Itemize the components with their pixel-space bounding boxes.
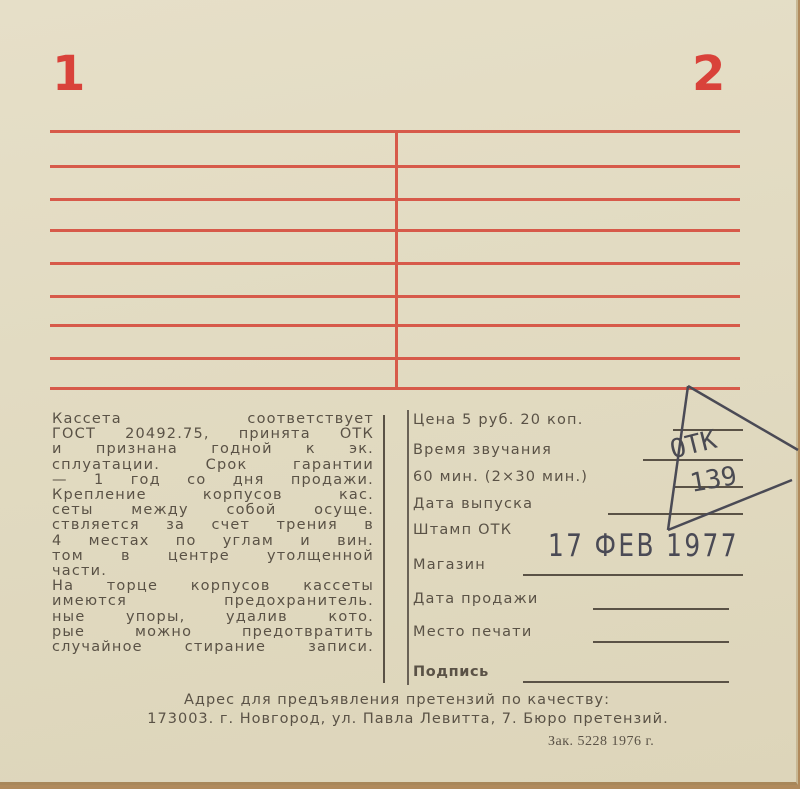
footer-address-line2: 173003. г. Новгород, ул. Павла Левитта, … — [8, 711, 800, 727]
store-label: Магазин — [413, 557, 486, 573]
description-line: Крепление корпусов кас. — [52, 488, 374, 503]
column-divider — [383, 415, 385, 683]
grid-center-divider — [395, 131, 398, 388]
play-time-value: 60 мин. (2⨯30 мин.) — [413, 469, 588, 485]
description-line: сплуатации. Срок гарантии — [52, 458, 374, 473]
description-line: сеты между собой осуще. — [52, 503, 374, 518]
stamp-place-field: Место печати — [413, 624, 532, 640]
sale-date-blank — [593, 608, 729, 610]
price-label: Цена 5 руб. 20 коп. — [413, 412, 584, 428]
description-line: — 1 год со дня продажи. — [52, 473, 374, 488]
footer-address-line1: Адрес для предъявления претензий по каче… — [0, 692, 797, 708]
play-time-field: Время звучания — [413, 442, 552, 458]
description-line: случайное стирание записи. — [52, 640, 374, 655]
description-line: На торце корпусов кассеты — [52, 579, 374, 594]
play-time-value-text: 60 мин. (2⨯30 мин.) — [413, 469, 588, 485]
description-text: Кассета соответствует ГОСТ 20492.75, при… — [52, 412, 374, 655]
description-line: имеются предохранитель. — [52, 594, 374, 609]
description-line: 4 местах по углам и вин. — [52, 534, 374, 549]
description-line: ные упоры, удалив кото. — [52, 610, 374, 625]
description-line: части. — [52, 564, 374, 579]
otk-stamp-label: Штамп ОТК — [413, 522, 512, 538]
description-line: ствляется за счет трения в — [52, 518, 374, 533]
date-stamp: 17 ФЕВ 1977 — [548, 528, 739, 564]
sale-date-label: Дата продажи — [413, 591, 539, 607]
description-line: и признана годной к эк. — [52, 442, 374, 457]
section-number-2: 2 — [692, 50, 725, 98]
price-field: Цена 5 руб. 20 коп. — [413, 412, 584, 428]
release-date-label: Дата выпуска — [413, 496, 533, 512]
section-number-1: 1 — [52, 50, 85, 98]
store-field: Магазин — [413, 557, 486, 573]
description-line: Кассета соответствует — [52, 412, 374, 427]
cassette-warranty-card: 1 2 Кассета соответствует ГОСТ 20492.75,… — [0, 0, 798, 785]
play-time-label: Время звучания — [413, 442, 552, 458]
fields-border — [407, 410, 409, 685]
description-line: том в центре утолщенной — [52, 549, 374, 564]
signature-blank — [523, 681, 729, 683]
otk-stamp-field: Штамп ОТК — [413, 522, 512, 538]
description-line: рые можно предотвратить — [52, 625, 374, 640]
signature-label: Подпись — [413, 664, 489, 680]
release-date-field: Дата выпуска — [413, 496, 533, 512]
store-blank — [523, 574, 743, 576]
signature-field: Подпись — [413, 664, 489, 680]
sale-date-field: Дата продажи — [413, 591, 539, 607]
print-order-number: Зак. 5228 1976 г. — [548, 734, 654, 750]
stamp-place-label: Место печати — [413, 624, 532, 640]
description-line: ГОСТ 20492.75, принята ОТК — [52, 427, 374, 442]
stamp-place-blank — [593, 641, 729, 643]
